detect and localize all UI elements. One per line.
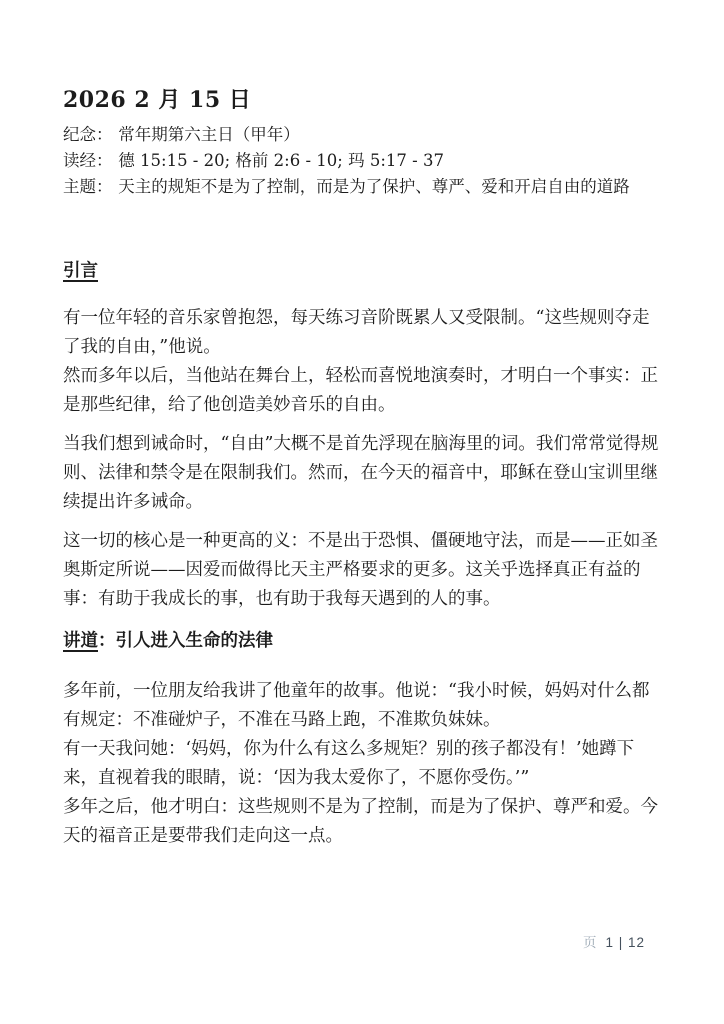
meta-row-commemoration: 纪念：常年期第六主日（甲年） [63, 122, 663, 148]
page-footer: 页1 | 12 [583, 934, 645, 952]
page-number-value: 1 | 12 [605, 935, 645, 950]
meta-value: 德 15:15 - 20; 格前 2:6 - 10; 玛 5:17 - 37 [118, 151, 444, 170]
meta-label: 纪念： [63, 125, 113, 144]
meta-value: 天主的规矩不是为了控制，而是为了保护、尊严、爱和开启自由的道路 [118, 177, 630, 196]
intro-paragraph-2: 当我们想到诫命时，“自由”大概不是首先浮现在脑海里的词。我们常常觉得规则、法律和… [63, 430, 663, 517]
sermon-heading-label: 讲道 [63, 631, 98, 651]
paragraph-block: 然而多年以后，当他站在舞台上，轻松而喜悦地演奏时，才明白一个事实：正是那些纪律，… [63, 362, 663, 420]
meta-section: 纪念：常年期第六主日（甲年） 读经：德 15:15 - 20; 格前 2:6 -… [63, 122, 663, 200]
paragraph-block: 当我们想到诫命时，“自由”大概不是首先浮现在脑海里的词。我们常常觉得规则、法律和… [63, 430, 663, 517]
intro-paragraph-3: 这一切的核心是一种更高的义：不是出于恐惧、僵硬地守法，而是——正如圣奥斯定所说—… [63, 527, 663, 614]
paragraph-block: 有一天我问她：‘妈妈，你为什么有这么多规矩？别的孩子都没有！’她蹲下来，直视着我… [63, 735, 663, 793]
page-content: 2026 2 月 15 日 纪念：常年期第六主日（甲年） 读经：德 15:15 … [63, 86, 663, 851]
paragraph-block: 有一位年轻的音乐家曾抱怨，每天练习音阶既累人又受限制。“这些规则夺走了我的自由，… [63, 304, 663, 362]
section-heading-intro: 引言 [63, 257, 663, 286]
meta-row-readings: 读经：德 15:15 - 20; 格前 2:6 - 10; 玛 5:17 - 3… [63, 148, 663, 174]
intro-paragraph-1: 有一位年轻的音乐家曾抱怨，每天练习音阶既累人又受限制。“这些规则夺走了我的自由，… [63, 304, 663, 420]
meta-label: 读经： [63, 151, 113, 170]
meta-label: 主题： [63, 177, 113, 196]
intro-heading-text: 引言 [63, 261, 98, 281]
paragraph-block: 这一切的核心是一种更高的义：不是出于恐惧、僵硬地守法，而是——正如圣奥斯定所说—… [63, 527, 663, 614]
document-page: 2026 2 月 15 日 纪念：常年期第六主日（甲年） 读经：德 15:15 … [0, 0, 724, 1024]
paragraph-block: 多年之后，他才明白：这些规则不是为了控制，而是为了保护、尊严和爱。今天的福音正是… [63, 793, 663, 851]
section-heading-sermon: 讲道：引人进入生命的法律 [63, 627, 663, 656]
paragraph-block: 多年前，一位朋友给我讲了他童年的故事。他说：“我小时候，妈妈对什么都有规定：不准… [63, 677, 663, 735]
sermon-paragraph-1: 多年前，一位朋友给我讲了他童年的故事。他说：“我小时候，妈妈对什么都有规定：不准… [63, 677, 663, 851]
sermon-heading-title: ：引人进入生命的法律 [98, 631, 273, 651]
meta-row-theme: 主题：天主的规矩不是为了控制，而是为了保护、尊严、爱和开启自由的道路 [63, 174, 663, 200]
meta-value: 常年期第六主日（甲年） [118, 125, 300, 144]
document-title: 2026 2 月 15 日 [63, 86, 663, 114]
page-number-label: 页 [583, 935, 597, 950]
